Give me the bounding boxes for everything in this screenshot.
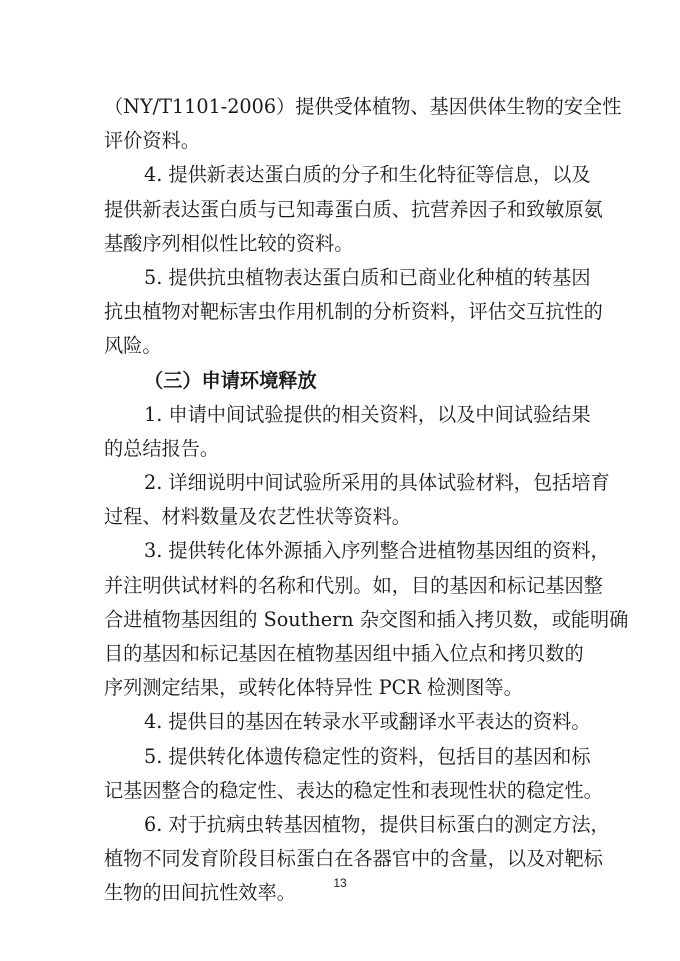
text-line: 记基因整合的稳定性、表达的稳定性和表现性状的稳定性。 [104,774,580,808]
section-heading: （三）申请环境释放 [104,364,580,398]
paragraph-item-5: 5. 提供抗虫植物表达蛋白质和已商业化种植的转基因 抗虫植物对靶标害虫作用机制的… [104,261,580,364]
text-line: （NY/T1101-2006）提供受体植物、基因供体生物的安全性 [104,90,580,124]
text-line: 3. 提供转化体外源插入序列整合进植物基因组的资料， [104,534,580,568]
text-line: 6. 对于抗病虫转基因植物，提供目标蛋白的测定方法， [104,808,580,842]
text-line: 1. 申请中间试验提供的相关资料，以及中间试验结果 [104,398,580,432]
text-line: 的总结报告。 [104,432,580,466]
section-item-6: 6. 对于抗病虫转基因植物，提供目标蛋白的测定方法， 植物不同发育阶段目标蛋白在… [104,808,580,911]
text-line: 提供新表达蛋白质与已知毒蛋白质、抗营养因子和致敏原氨 [104,193,580,227]
text-line: 并注明供试材料的名称和代别。如，目的基因和标记基因整 [104,569,580,603]
text-line: 抗虫植物对靶标害虫作用机制的分析资料，评估交互抗性的 [104,295,580,329]
section-item-4: 4. 提供目的基因在转录水平或翻译水平表达的资料。 [104,705,580,739]
section-item-5: 5. 提供转化体遗传稳定性的资料，包括目的基因和标 记基因整合的稳定性、表达的稳… [104,740,580,808]
text-line: 过程、材料数量及农艺性状等资料。 [104,500,580,534]
text-line: 基酸序列相似性比较的资料。 [104,227,580,261]
section-item-1: 1. 申请中间试验提供的相关资料，以及中间试验结果 的总结报告。 [104,398,580,466]
text-line: 风险。 [104,329,580,363]
text-line: 植物不同发育阶段目标蛋白在各器官中的含量，以及对靶标 [104,842,580,876]
document-page: （NY/T1101-2006）提供受体植物、基因供体生物的安全性 评价资料。 4… [104,90,580,911]
text-line: 5. 提供抗虫植物表达蛋白质和已商业化种植的转基因 [104,261,580,295]
text-line: 目的基因和标记基因在植物基因组中插入位点和拷贝数的 [104,637,580,671]
text-line: 评价资料。 [104,124,580,158]
text-line: 4. 提供目的基因在转录水平或翻译水平表达的资料。 [104,705,580,739]
text-line: 2. 详细说明中间试验所采用的具体试验材料，包括培育 [104,466,580,500]
text-line: 5. 提供转化体遗传稳定性的资料，包括目的基因和标 [104,740,580,774]
text-line: 4. 提供新表达蛋白质的分子和生化特征等信息，以及 [104,158,580,192]
paragraph-item-4: 4. 提供新表达蛋白质的分子和生化特征等信息，以及 提供新表达蛋白质与已知毒蛋白… [104,158,580,261]
page-number: 13 [0,876,680,890]
text-line: 合进植物基因组的 Southern 杂交图和插入拷贝数，或能明确 [104,603,580,637]
paragraph-continuation: （NY/T1101-2006）提供受体植物、基因供体生物的安全性 评价资料。 [104,90,580,158]
text-line: 序列测定结果，或转化体特异性 PCR 检测图等。 [104,671,580,705]
section-item-2: 2. 详细说明中间试验所采用的具体试验材料，包括培育 过程、材料数量及农艺性状等… [104,466,580,534]
section-item-3: 3. 提供转化体外源插入序列整合进植物基因组的资料， 并注明供试材料的名称和代别… [104,534,580,705]
